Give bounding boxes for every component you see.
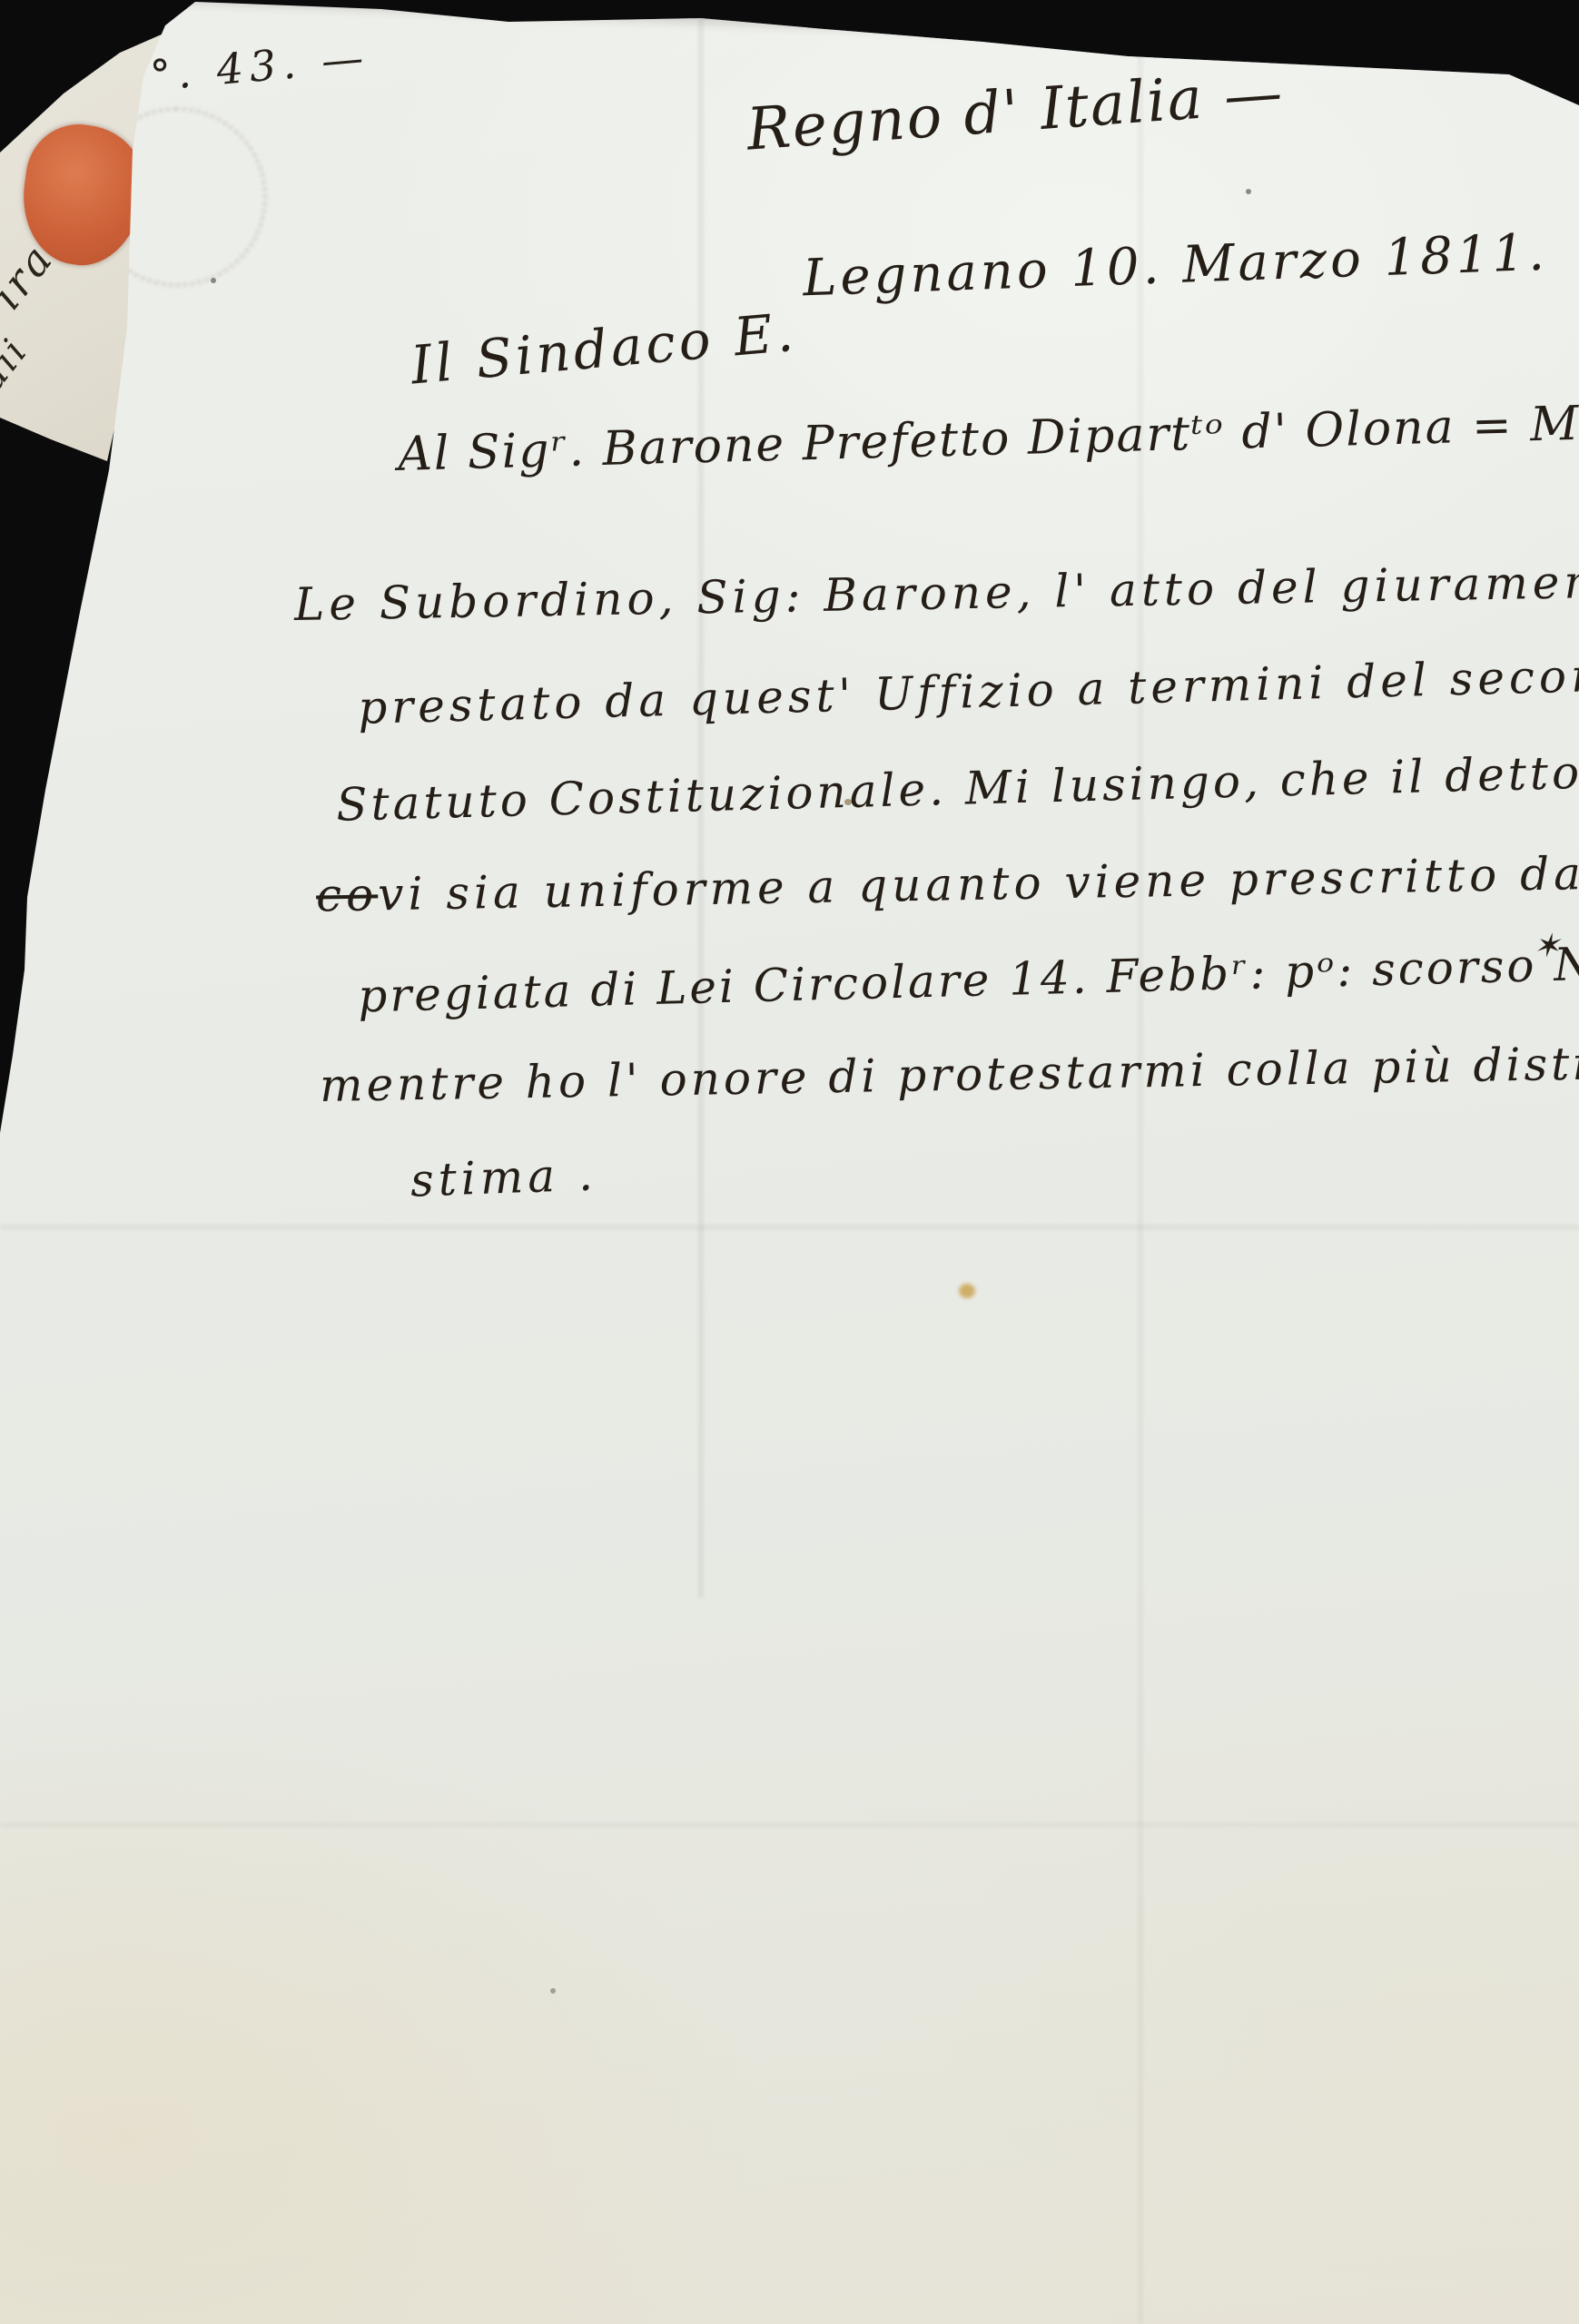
fold-crease: [0, 1823, 1579, 1827]
paper-speck: [211, 278, 216, 283]
body-line: Le Subordino, Sig: Barone, l' atto del g…: [294, 555, 1579, 631]
body-line: pregiata di Lei Circolare 14. Febbʳ: pᵒ:…: [358, 932, 1579, 1022]
struck-text: co: [316, 868, 379, 921]
under-document-text-fragment: tuii: [0, 330, 36, 413]
body-line: prestato da quest' Uffizio a termini del…: [357, 647, 1579, 734]
paper-stain: [959, 1284, 975, 1298]
letter-addressee: Al Sigʳ. Barone Prefetto Dipartᵗᵒ d' Olo…: [397, 393, 1579, 482]
body-line-text: vi sia uniforme a quanto viene prescritt…: [378, 844, 1579, 921]
letter-header: Regno d' Italia —: [745, 59, 1286, 163]
letter-page: N°. 43. — Regno d' Italia — Legnano 10. …: [0, 0, 1579, 2324]
letter-salutation: Il Sindaco E.: [409, 301, 799, 397]
body-line: Statuto Costituzionale. Mi lusingo, che …: [335, 743, 1579, 831]
body-line: mentre ho l' onore di protestarmi colla …: [320, 1036, 1579, 1112]
photographed-letter: irali tuii N°. 43. — Regno d' Italia — L…: [0, 0, 1579, 2324]
letter-closing: stima .: [410, 1147, 598, 1206]
body-line: covi sia uniforme a quanto viene prescri…: [316, 844, 1579, 921]
paper-speck: [550, 1988, 556, 1994]
insertion-mark: ✶: [1533, 928, 1560, 965]
letter-dateline: Legnano 10. Marzo 1811.: [802, 223, 1549, 309]
fold-crease: [0, 1226, 1579, 1229]
paper-speck: [1246, 189, 1251, 194]
fold-crease: [1139, 0, 1142, 2324]
